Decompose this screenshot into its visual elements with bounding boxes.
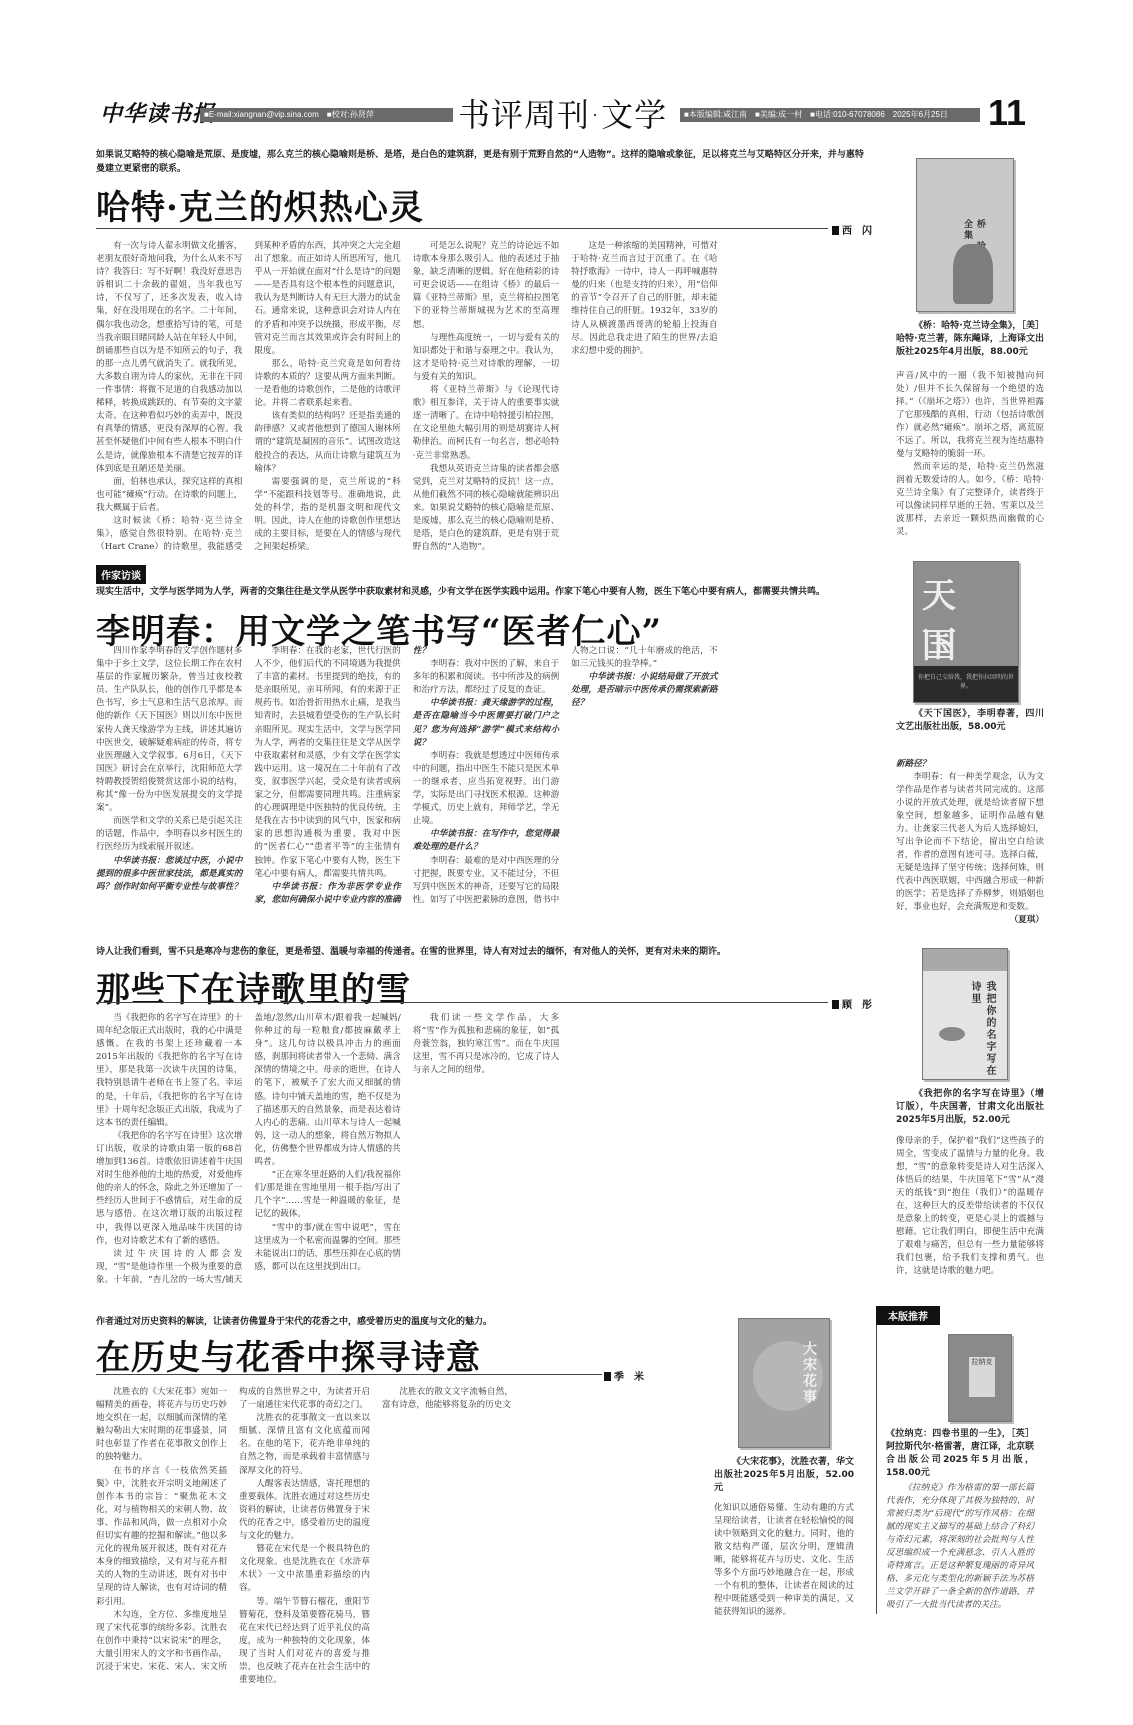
- book-cover-tianxia-guoyi: 天下 国医 你把自己交给我，我把你拉回明的世界。: [913, 561, 1019, 703]
- cover-subtitle: 你把自己交给我，我把你拉回明的世界。: [914, 666, 1018, 702]
- recommend-text: 《拉纳克》作为格雷的第一部长篇代表作，充分体现了其极为独特的、时常被归类为“后现…: [886, 1482, 1034, 1612]
- recommend-label: 本版推荐: [876, 1306, 940, 1325]
- paragraph: 有一次与诗人翟永明做文化播客，老朋友很好奇地问我，为什么从来不写诗？我答曰：写不…: [96, 240, 242, 476]
- article1-byline: 西 闪: [832, 222, 872, 237]
- book-cover-title: 拉纳克: [969, 1357, 995, 1397]
- byline-marker-icon: [832, 226, 839, 235]
- paragraph: 人醒客表达情感，寄托理想的重要载体。沈胜衣通过对这些历史资料的解读，让读者仿佛置…: [239, 1478, 370, 1543]
- article4-byline: 季 米: [604, 1368, 644, 1383]
- paragraph: 那么，哈特·克兰究竟是如何看待诗歌的本质的？这要从两方面来判断。一是看他的诗歌创…: [254, 358, 400, 410]
- paragraph: 在书的序言《一枝依然笑插鬓》中，沈胜衣开宗明义地阐述了创作本书的宗旨：“聚焦花木…: [96, 1465, 227, 1609]
- article1-rule: [96, 228, 828, 229]
- paragraph: 沈胜衣的散文文字流畅自然，富有诗意，他能够将复杂的历史文: [382, 1386, 513, 1412]
- paragraph: 我想从英语克兰诗集的读者都会感觉到，克兰对艾略特的反抗！这一点，从他们截然不同的…: [413, 463, 559, 555]
- paragraph: 面，伯林也承认，探究这样的真相也可能“瘫痪”行动。在诗歌的问题上，我大概属于后者…: [96, 476, 242, 515]
- byline-marker-icon: [604, 1372, 611, 1381]
- article4-headline: 在历史与花香中探寻诗意: [96, 1330, 481, 1379]
- article3-byline: 顾 彤: [832, 996, 872, 1011]
- paragraph: 当《我把你的名字写在诗里》的十周年纪念版正式出版时，我的心中满是感慨。在我的书架…: [96, 1012, 242, 1130]
- article2-deck: 现实生活中，文学与医学同为人学，两者的交集往往是文学从医学中获取素材和灵感，少有…: [96, 585, 876, 599]
- book3-caption: 《我把你的名字写在诗里》（增订版），牛庆国著，甘肃文化出版社2025年5月出版，…: [896, 1088, 1044, 1127]
- paragraph: 化知识以通俗易懂、生动有趣的方式呈现给读者，让读者在轻松愉悦的阅读中领略到文化的…: [714, 1502, 854, 1619]
- book1-caption: 《桥：哈特·克兰诗全集》，［美］哈特·克兰著，陈东飚译，上海译文出版社2025年…: [896, 320, 1044, 359]
- answer: 李明春：我对中医的了解，来自于多年的积累和阅读。书中所涉及的病例和治疗方法，都经…: [413, 658, 559, 697]
- paragraph: 沈胜衣的《大宋花事》宛如一幅精美的画卷，将花卉与历史巧妙地交织在一起，以细腻而深…: [96, 1386, 227, 1465]
- recommend-caption: 《拉纳克：四卷书里的一生》，［英］阿拉斯代尔·格雷著，唐江译，北京联合出版公司2…: [886, 1428, 1034, 1480]
- paragraph: 与理性高度统一，一切与爱有关的知识都处于和谐与泰理之中。我认为，这才是哈特·克兰…: [413, 332, 559, 384]
- article3-body: 当《我把你的名字写在诗里》的十周年纪念版正式出版时，我的心中满是感慨。在我的书架…: [96, 1012, 876, 1290]
- newspaper-logo: 中华读书报: [100, 97, 215, 128]
- article4-body: 沈胜衣的《大宋花事》宛如一幅精美的画卷，将花卉与历史巧妙地交织在一起，以细腻而深…: [96, 1386, 656, 1698]
- masthead-contact-bar: ■E-mail:xiangnan@vip.sina.com ■校对:孙贤萍: [200, 108, 453, 122]
- paragraph: 等。端午节簪石榴花，重阳节簪菊花，登科及第要簪花骑马，簪花在宋代已经达到了近乎礼…: [239, 1596, 370, 1688]
- masthead-editor-bar: ■本版编辑:咸江南 ■美编:成一村 ■电话:010-67078086 2025年…: [680, 108, 980, 122]
- book-cover-title: 我把你的名字写在诗里: [967, 981, 997, 1079]
- book-cover-dasong-huashi: 大宋花事: [738, 1318, 830, 1448]
- paragraph: 沈胜衣的花事散文一直以来以细腻、深情且富有文化底蕴而闻名。在他的笔下，花卉绝非单…: [239, 1412, 370, 1477]
- reporter-signature: （夏琪）: [896, 914, 1044, 927]
- book-cover-title: 大宋花事: [799, 1341, 819, 1405]
- book4-caption: 《大宋花事》，沈胜衣著，华文出版社2025年5月出版，52.00元: [714, 1456, 854, 1495]
- question: 中华读书报：在写作中，您觉得最难处理的是什么？: [413, 828, 559, 854]
- paragraph: 《拉纳克》作为格雷的第一部长篇代表作，充分体现了其极为独特的、时常被归类为“后现…: [886, 1482, 1034, 1612]
- book1-continued: 声音/风中的一圈（我不知被抛向何处）/但并不长久保留每一个绝望的选择。”（《崩坏…: [896, 370, 1044, 539]
- section-title: 书评周刊·文学: [458, 90, 667, 136]
- article1-author: 西 闪: [842, 226, 872, 237]
- book2-continued: 新路径？ 李明春：有一种美学观念，认为文学作品是作者与读者共同完成的。这部小说的…: [896, 758, 1044, 927]
- paragraph: 可是怎么说呢？克兰的诗论远不如诗歌本身那么吸引人。他的表述过于抽象，缺乏清晰的逻…: [413, 240, 559, 332]
- question: 中华读书报：龚天缘游学的过程，是否在隐喻当今中医需要打破门户之见？您为何选择“游…: [413, 697, 559, 749]
- paragraph: 然而幸运的是，哈特·克兰仍然滋润着无数爱诗的人。如今，《桥：哈特·克兰诗全集》有…: [896, 461, 1044, 539]
- section-kicker-interview: 作家访谈: [96, 565, 146, 584]
- paragraph: “正在寒冬里赶路的人们/我祝福你们/那是谁在雪地里用一根手指/写出了几个字”………: [254, 1169, 400, 1221]
- book2-caption: 《天下国医》，李明春著，四川文艺出版社出版，58.00元: [896, 708, 1044, 734]
- page-number: 11: [988, 92, 1026, 134]
- paragraph: 簪花在宋代是一个极具特色的文化现象。也是沈胜衣在《水浒草木状》一文中浓墨重彩描绘…: [239, 1543, 370, 1595]
- article1-deck: 如果说艾略特的核心隐喻是荒原、是废墟，那么克兰的核心隐喻则是桥、是塔，是白色的建…: [96, 148, 866, 176]
- article4-author: 季 米: [614, 1372, 644, 1383]
- book3-continued: 像母亲的手，保护着“我们”这些孩子的周全，雪变成了温情与力量的化身。我想，“雪”…: [896, 1135, 1044, 1278]
- recommend-divider: [876, 1318, 877, 1614]
- paragraph: 这是一种浓缩的美国精神，可惜对于哈特·克兰而言过于沉重了。在《哈特抒歌海》一诗中…: [571, 240, 717, 358]
- article1-body: 有一次与诗人翟永明做文化播客，老朋友很好奇地问我，为什么从来不写诗？我答曰：写不…: [96, 240, 876, 555]
- paragraph: 我们读一些文学作品，大多将“雪”作为孤独和悲痛的象征，如“孤舟蓑笠翁，独钓寒江雪…: [413, 1012, 559, 1077]
- answer: 李明春：在我的老家，世代行医的人不少，他们后代的不同境遇为我提供了丰富的素材。书…: [254, 645, 400, 881]
- answer: 李明春：有一种美学观念，认为文学作品是作者与读者共同完成的。这部小说的开放式处理…: [896, 771, 1044, 914]
- paragraph: 像母亲的手，保护着“我们”这些孩子的周全，雪变成了温情与力量的化身。我想，“雪”…: [896, 1135, 1044, 1278]
- book-cover-wo-ba-ni-de-mingzi: 我把你的名字写在诗里: [922, 948, 1008, 1080]
- article3-author: 顾 彤: [842, 1000, 872, 1011]
- article3-deck: 诗人让我们看到，雪不只是寒冷与悲伤的象征，更是希望、温暖与幸福的传递者。在雪的世…: [96, 945, 876, 959]
- paragraph: 该有类似的结构吗？还是指美通的韵律感？又或者他想到了德国人谢林所谓的“建筑是凝固…: [254, 410, 400, 475]
- answer: 李明春：我就是想透过中医师传承中的问题，指出中医生不能只是医术单一的继承者，应当…: [413, 750, 559, 829]
- portrait-illustration-icon: [953, 244, 993, 304]
- article4-rule: [96, 1374, 602, 1375]
- paragraph: 《我把你的名字写在诗里》这次增订出版，收录的诗歌由第一版的68首增加到136首。…: [96, 1130, 242, 1248]
- article1-headline: 哈特·克兰的炽热心灵: [96, 180, 424, 229]
- paragraph: “雪中的事/就在雪中说吧”，雪在这里成为一个私密而温馨的空间。那些未能说出口的话…: [254, 1222, 400, 1274]
- paragraph: 需要强调的是，克兰所说的“科学”不能跟科技划等号。准确地说，此处的科学，指的是机…: [254, 476, 400, 555]
- tree-illustration-icon: [939, 1027, 965, 1041]
- article2-body: 四川作家李明春的文学创作题材多集中于乡土文学，这位长期工作在农村基层的作家履历繁…: [96, 645, 876, 915]
- article3-rule: [96, 1002, 828, 1003]
- article3-headline: 那些下在诗歌里的雪: [96, 962, 411, 1011]
- question-tail: 新路径？: [896, 758, 1044, 771]
- byline-marker-icon: [832, 1000, 839, 1009]
- cover-band: [923, 949, 1007, 971]
- paragraph: 声音/风中的一圈（我不知被抛向何处）/但并不长久保留每一个绝望的选择。”（《崩坏…: [896, 370, 1044, 461]
- paragraph: 将《亚特兰蒂斯》与《论现代诗歌》相互参详，关于诗人的重要事实就逐一清晰了。在诗中…: [413, 384, 559, 463]
- paragraph: 而医学和文学的关系已是引起关注的话题，作品中，李明春以乡村医生的行医经历为线索展…: [96, 815, 242, 854]
- question: 中华读书报：小说结局做了开放式处理，是否暗示中医传承仍需探索新路径？: [571, 671, 717, 710]
- paragraph: 四川作家李明春的文学创作题材多集中于乡土文学，这位长期工作在农村基层的作家履历繁…: [96, 645, 242, 815]
- book-cover-lanark: 拉纳克: [948, 1334, 1012, 1422]
- book-cover-qiao: 桥 哈特·克兰诗全集: [916, 158, 1014, 312]
- question: 中华读书报：您谈过中医，小说中提到的很多中医世家技法，都是真实的吗？创作时如何平…: [96, 855, 242, 894]
- article4-deck: 作者通过对历史资料的解读，让读者仿佛置身于宋代的花香之中，感受着历史的温度与文化…: [96, 1315, 656, 1329]
- book4-continued: 化知识以通俗易懂、生动有趣的方式呈现给读者，让读者在轻松愉悦的阅读中领略到文化的…: [714, 1502, 854, 1619]
